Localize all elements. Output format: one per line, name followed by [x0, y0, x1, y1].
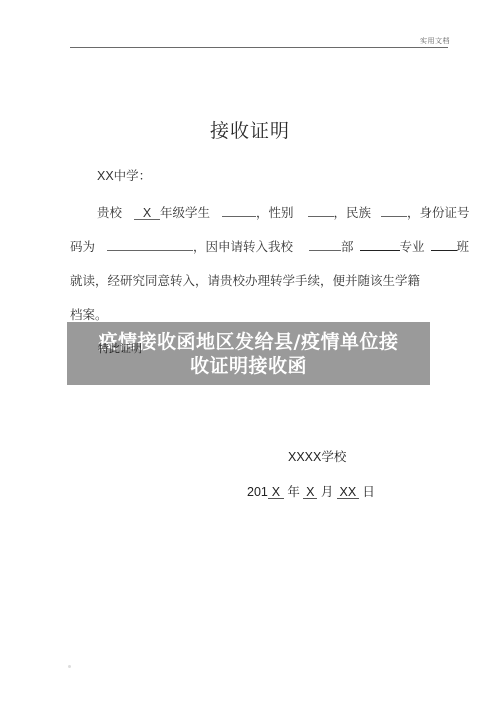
department-label: 部	[341, 239, 354, 254]
class-field	[431, 237, 457, 251]
student-info-line: 贵校 X年级学生 ，性别 ，民族 ，身份证号	[97, 203, 470, 221]
grade-field: X	[134, 206, 160, 220]
ethnicity-field	[381, 203, 407, 217]
salutation: XX中学：	[97, 166, 151, 184]
class-label: 班	[457, 239, 470, 254]
month-label: 月	[321, 485, 334, 499]
school-name: XXXX学校	[288, 447, 346, 465]
ethnicity-label: ，民族	[334, 205, 372, 220]
transfer-line: 码为 ，因申请转入我校 部 专业 班	[70, 237, 469, 255]
major-label: 专业	[400, 239, 425, 254]
document-title: 接收证明	[0, 116, 500, 143]
grade-suffix: 年级学生	[160, 205, 210, 220]
year-label: 年	[287, 485, 300, 499]
id-prefix: 码为	[70, 239, 95, 254]
school-prefix: 贵校	[97, 205, 122, 220]
overlay-title-line-2: 收证明接收函	[190, 354, 307, 378]
day-field: XX	[337, 485, 359, 499]
month-field: X	[303, 485, 317, 499]
student-name-field	[222, 203, 256, 217]
overlay-title-line-1: 疫情接收函地区发给县/疫情单位接	[99, 330, 399, 354]
major-field	[360, 237, 400, 251]
date-line: 201X 年 X 月 XX 日	[247, 482, 375, 500]
department-field	[309, 237, 341, 251]
gender-field	[308, 203, 334, 217]
day-label: 日	[362, 485, 375, 499]
header-label: 实用文档	[420, 36, 450, 46]
body-line-3: 就读，经研究同意转入，请贵校办理转学手续，便并随该生学籍	[70, 271, 420, 289]
gender-label: ，性别	[256, 205, 294, 220]
year-field: X	[268, 485, 284, 499]
year-prefix: 201	[247, 485, 268, 499]
footer-mark	[68, 665, 71, 668]
header-divider	[70, 47, 448, 48]
id-label: ，身份证号	[407, 205, 470, 220]
transfer-text: ，因申请转入我校	[193, 239, 293, 254]
id-number-field	[107, 237, 193, 251]
certify-text: 特此证明	[98, 340, 142, 356]
body-line-4: 档案。	[70, 305, 108, 323]
salutation-text: XX中学：	[97, 169, 151, 183]
document-page: 实用文档 接收证明 XX中学： 贵校 X年级学生 ，性别 ，民族 ，身份证号 码…	[0, 0, 500, 708]
